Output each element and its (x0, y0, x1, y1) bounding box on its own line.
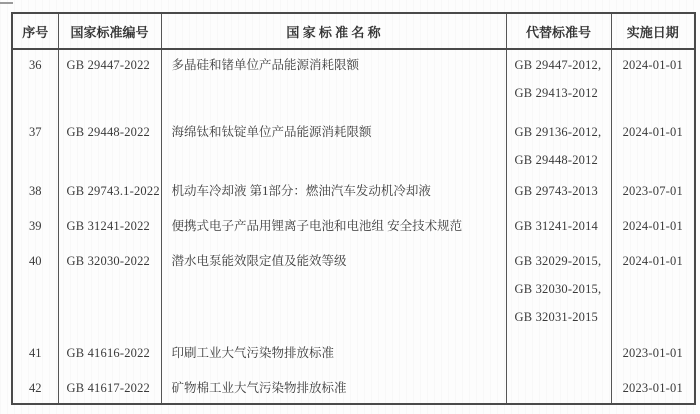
name-cell: 海绵钛和钛锭单位产品能源消耗限额 (161, 117, 506, 176)
code-cell: GB 29743.1-2022 (58, 176, 161, 211)
document-page: 序号 国家标准编号 国 家 标 准 名 称 代替标准号 实施日期 36 GB 2… (0, 0, 700, 414)
date-cell: 2023-07-01 (611, 176, 695, 211)
date-cell: 2023-01-01 (611, 373, 695, 404)
table-row: 40 GB 32030-2022 潜水电泵能效限定值及能效等级 GB 32029… (12, 246, 695, 338)
replaced-cell: GB 32029-2015,GB 32030-2015,GB 32031-201… (506, 246, 611, 338)
code-cell: GB 29448-2022 (58, 117, 161, 176)
code-cell: GB 29447-2022 (58, 49, 161, 117)
seq-cell: 40 (12, 246, 58, 338)
seq-cell: 41 (12, 338, 58, 373)
date-cell: 2024-01-01 (611, 49, 695, 117)
table-row: 41 GB 41616-2022 印刷工业大气污染物排放标准 2023-01-0… (12, 338, 695, 373)
header-seq: 序号 (12, 13, 58, 49)
name-cell: 便携式电子产品用锂离子电池和电池组 安全技术规范 (161, 211, 506, 246)
replaced-cell (506, 373, 611, 404)
replaced-line: GB 32030-2015, (515, 282, 611, 296)
table-row: 39 GB 31241-2022 便携式电子产品用锂离子电池和电池组 安全技术规… (12, 211, 695, 246)
table-row: 42 GB 41617-2022 矿物棉工业大气污染物排放标准 2023-01-… (12, 373, 695, 404)
replaced-cell (506, 338, 611, 373)
seq-cell: 39 (12, 211, 58, 246)
replaced-cell: GB 29136-2012,GB 29448-2012 (506, 117, 611, 176)
replaced-line: GB 32029-2015, (515, 254, 611, 268)
date-cell: 2024-01-01 (611, 211, 695, 246)
replaced-line: GB 29448-2012 (515, 153, 611, 167)
table-row: 37 GB 29448-2022 海绵钛和钛锭单位产品能源消耗限额 GB 291… (12, 117, 695, 176)
scan-artifact-mark (0, 2, 13, 4)
name-cell: 潜水电泵能效限定值及能效等级 (161, 246, 506, 338)
seq-cell: 37 (12, 117, 58, 176)
replaced-cell: GB 29743-2013 (506, 176, 611, 211)
seq-cell: 36 (12, 49, 58, 117)
replaced-line: GB 29447-2012, (515, 58, 611, 72)
code-cell: GB 41616-2022 (58, 338, 161, 373)
header-replaced-code: 代替标准号 (506, 13, 611, 49)
header-standard-code: 国家标准编号 (58, 13, 161, 49)
replaced-line: GB 29136-2012, (515, 125, 611, 139)
name-cell: 矿物棉工业大气污染物排放标准 (161, 373, 506, 404)
date-cell: 2024-01-01 (611, 117, 695, 176)
header-implementation-date: 实施日期 (611, 13, 695, 49)
seq-cell: 42 (12, 373, 58, 404)
code-cell: GB 32030-2022 (58, 246, 161, 338)
name-cell: 机动车冷却液 第1部分：燃油汽车发动机冷却液 (161, 176, 506, 211)
replaced-line: GB 29413-2012 (515, 86, 611, 100)
code-cell: GB 41617-2022 (58, 373, 161, 404)
code-cell: GB 31241-2022 (58, 211, 161, 246)
replaced-line: GB 31241-2014 (515, 219, 611, 233)
table-body: 36 GB 29447-2022 多晶硅和锗单位产品能源消耗限额 GB 2944… (12, 49, 695, 404)
name-cell: 多晶硅和锗单位产品能源消耗限额 (161, 49, 506, 117)
replaced-cell: GB 31241-2014 (506, 211, 611, 246)
seq-cell: 38 (12, 176, 58, 211)
table-header-row: 序号 国家标准编号 国 家 标 准 名 称 代替标准号 实施日期 (12, 13, 695, 49)
date-cell: 2023-01-01 (611, 338, 695, 373)
replaced-line: GB 32031-2015 (515, 310, 611, 324)
standards-table: 序号 国家标准编号 国 家 标 准 名 称 代替标准号 实施日期 36 GB 2… (11, 12, 696, 405)
replaced-cell: GB 29447-2012,GB 29413-2012 (506, 49, 611, 117)
date-cell: 2024-01-01 (611, 246, 695, 338)
table-row: 38 GB 29743.1-2022 机动车冷却液 第1部分：燃油汽车发动机冷却… (12, 176, 695, 211)
name-cell: 印刷工业大气污染物排放标准 (161, 338, 506, 373)
header-standard-name: 国 家 标 准 名 称 (161, 13, 506, 49)
replaced-line: GB 29743-2013 (515, 184, 611, 198)
table-row: 36 GB 29447-2022 多晶硅和锗单位产品能源消耗限额 GB 2944… (12, 49, 695, 117)
